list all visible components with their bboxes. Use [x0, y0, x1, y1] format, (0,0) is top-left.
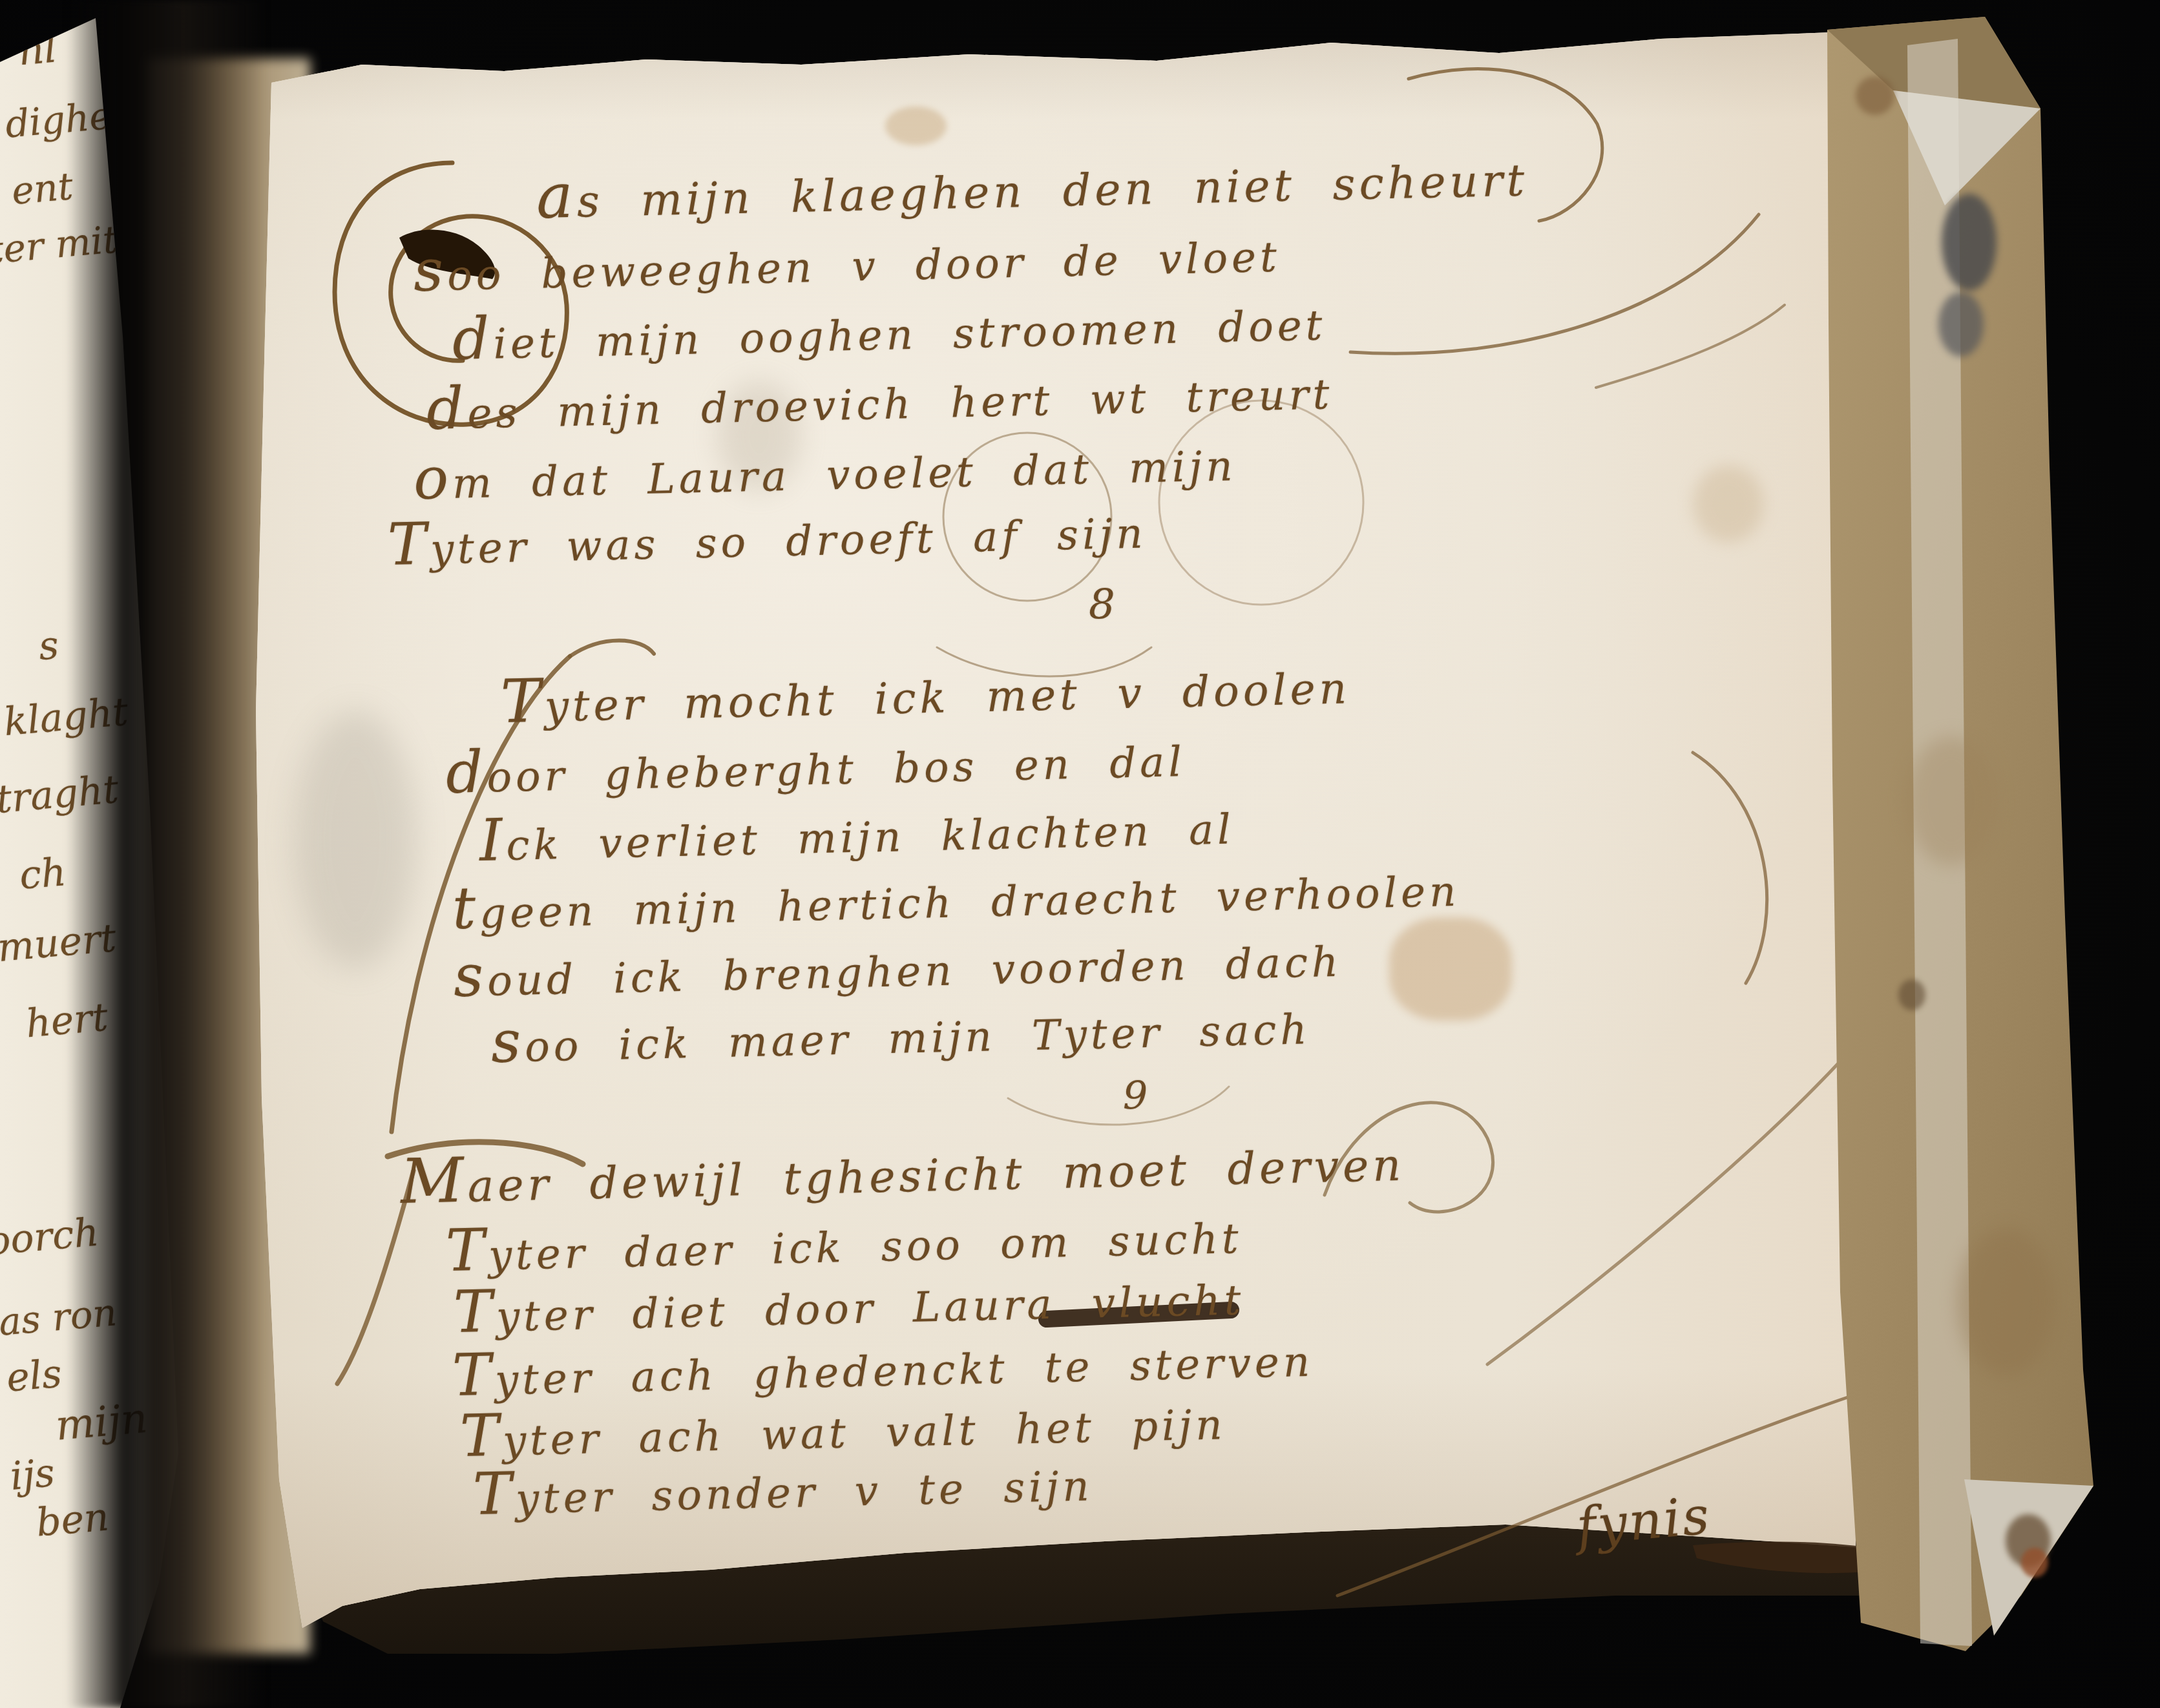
poem-line: Maer dewijl tghesicht moet derven — [400, 1124, 1405, 1218]
poem-line: Tyter mocht ick met v doolen — [500, 647, 1351, 736]
stanza-number-9: 9 — [1123, 1074, 1148, 1119]
poem-line: Tyter sonder v te sijn — [472, 1447, 1094, 1528]
photograph-of-open-album: nl dighen ent ter mit s klaght traght ch… — [0, 0, 2160, 1708]
poem-line: as mijn klaeghen den niet scheurt — [536, 139, 1529, 233]
colophon-fynis: fynis — [1574, 1485, 1713, 1557]
poem-text: as mijn klaeghen den niet scheurt soo be… — [0, 0, 2160, 1708]
stanza-number-8: 8 — [1089, 581, 1115, 629]
